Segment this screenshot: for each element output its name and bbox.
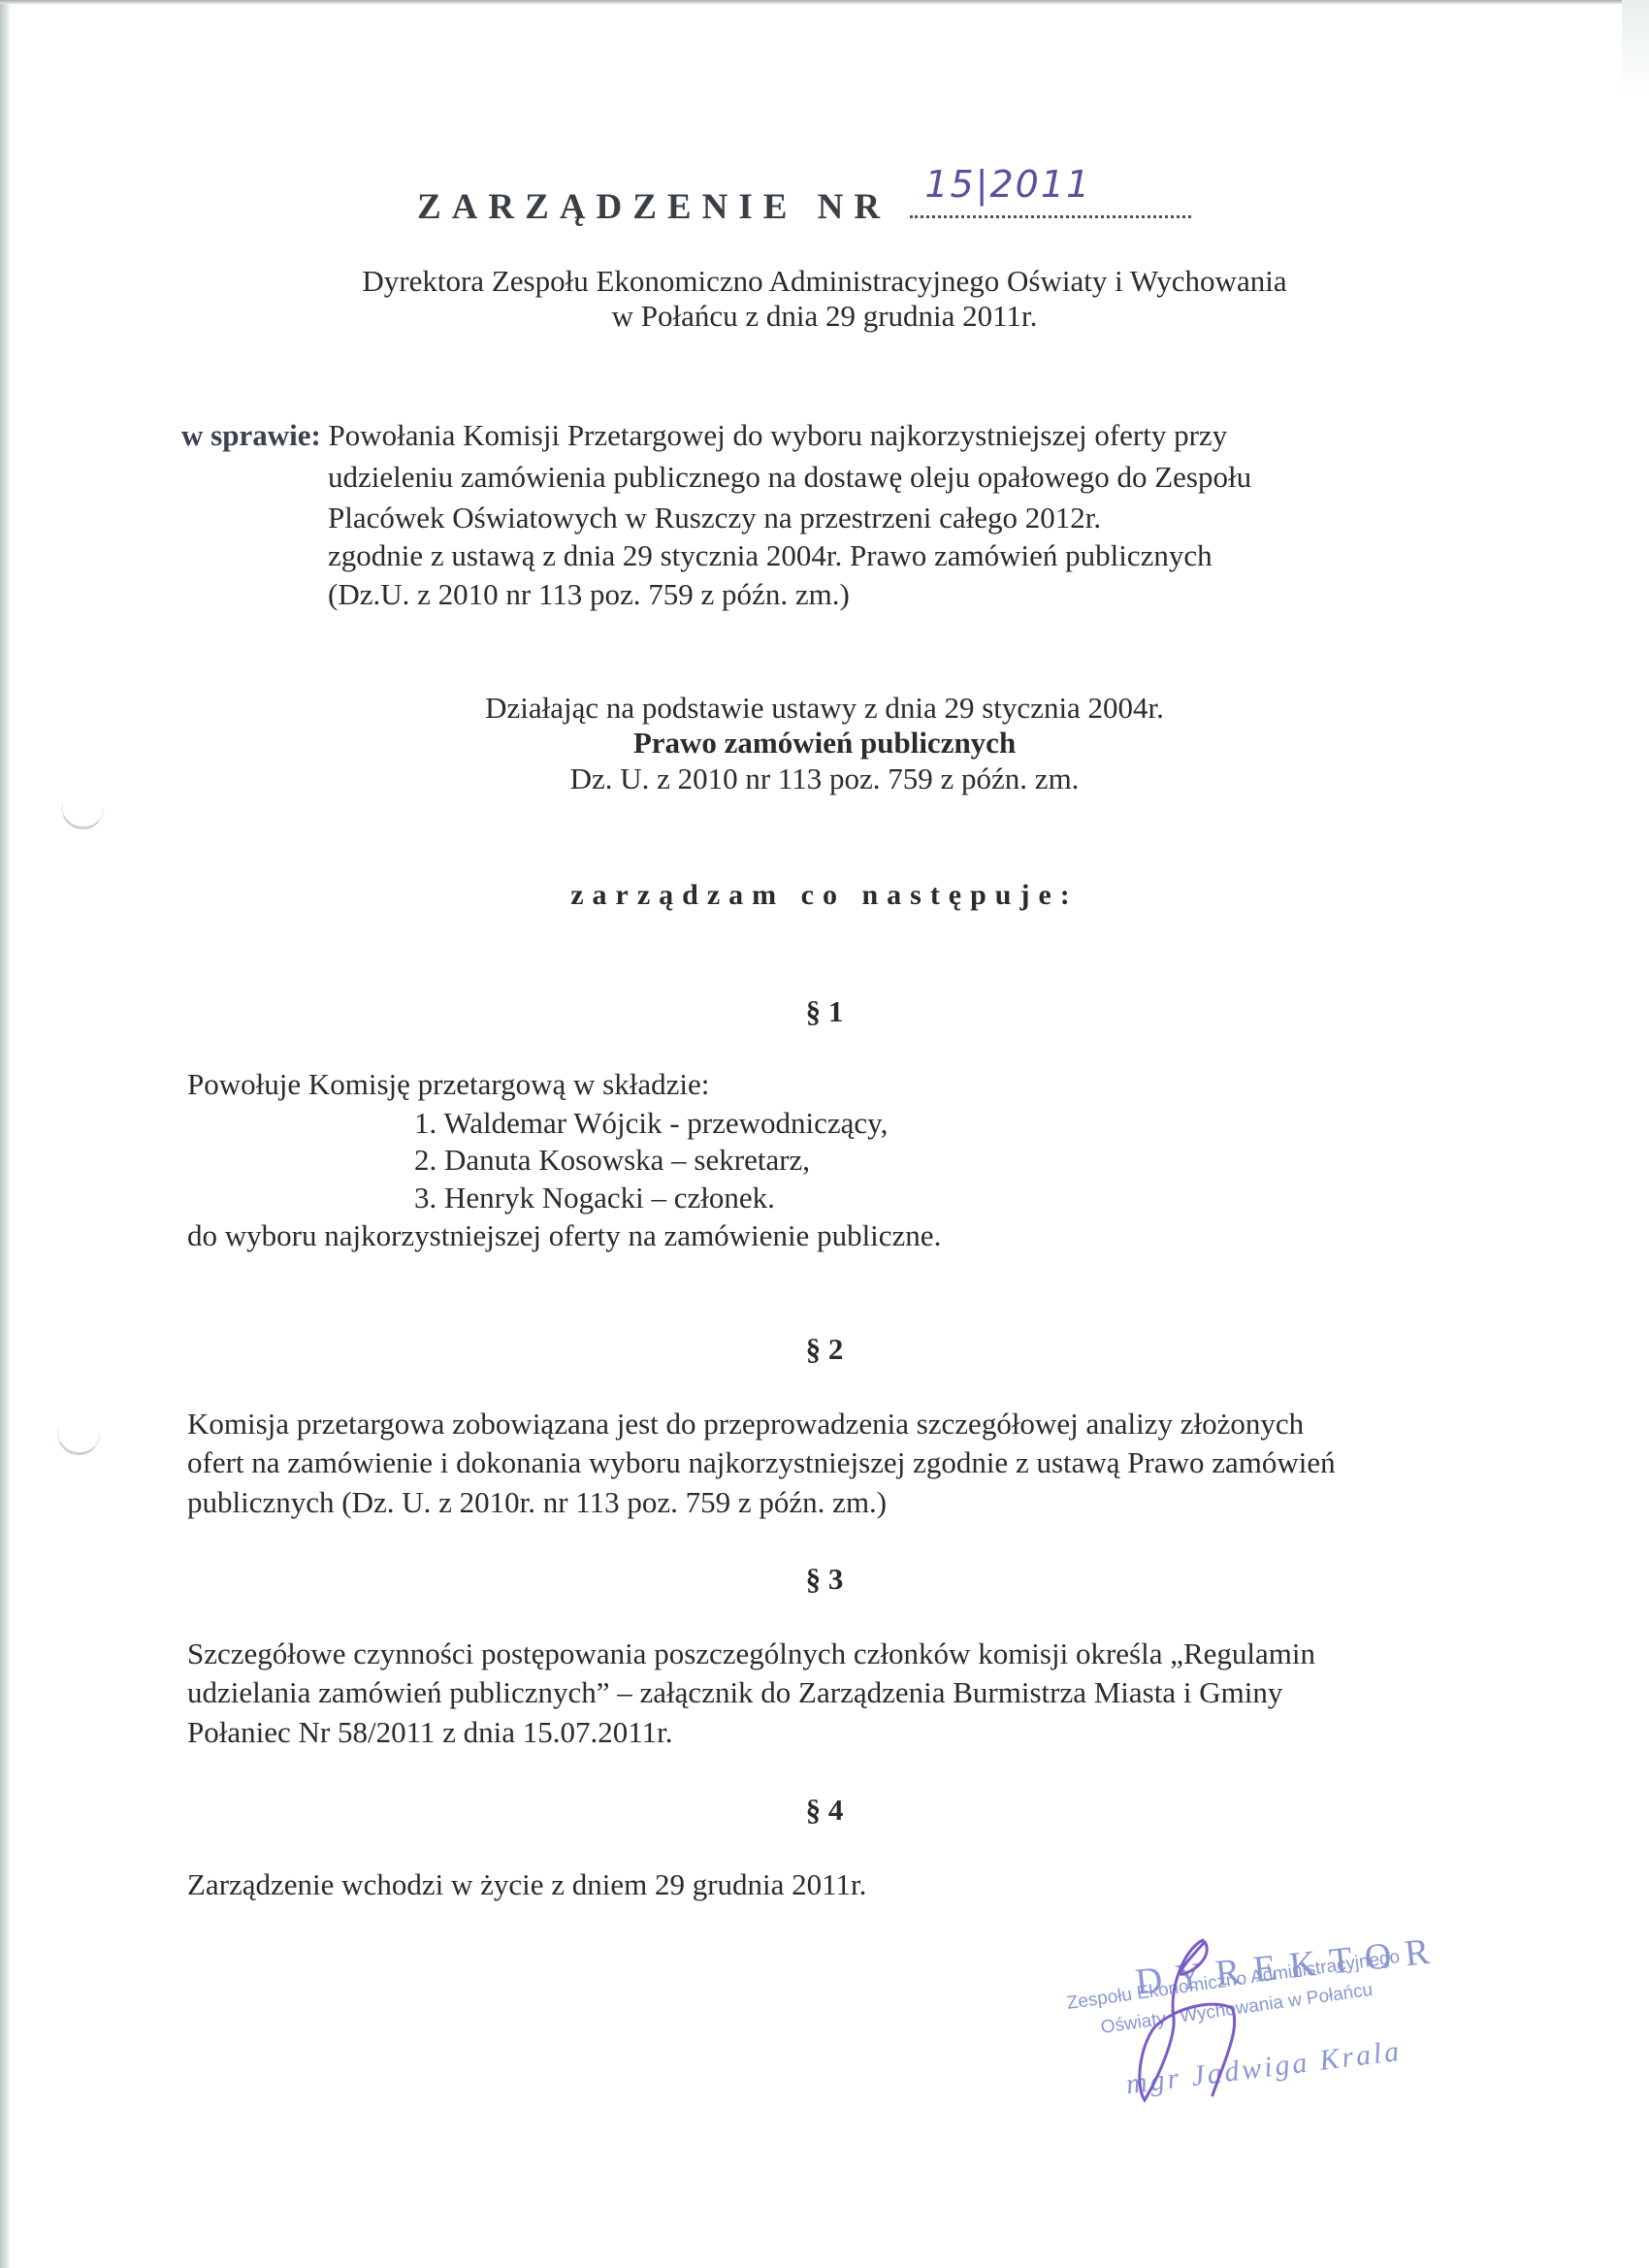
order-heading: zarządzam co następuje: — [0, 878, 1649, 913]
section-4-line-1: Zarządzenie wchodzi w życie z dniem 29 g… — [187, 1867, 866, 1902]
punch-hole-bottom — [54, 1428, 100, 1458]
section-3-line-3: Połaniec Nr 58/2011 z dnia 15.07.2011r. — [187, 1715, 673, 1750]
signature-icon — [1115, 1930, 1251, 2105]
section-3-line-2: udzielania zamówień publicznych” – załąc… — [187, 1675, 1282, 1710]
section-2-line-2: ofert na zamówienie i dokonania wyboru n… — [187, 1445, 1336, 1480]
scan-right-shade — [1622, 0, 1649, 97]
section-3-line-1: Szczegółowe czynności postępowania poszc… — [187, 1636, 1315, 1671]
issuer-line-2: w Połańcu z dnia 29 grudnia 2011r. — [0, 299, 1649, 334]
section-2-heading: § 2 — [0, 1332, 1649, 1367]
number-field: 15|2011 — [910, 186, 1191, 218]
section-2-line-1: Komisja przetargowa zobowiązana jest do … — [187, 1407, 1304, 1442]
subject-line-5: (Dz.U. z 2010 nr 113 poz. 759 z późn. zm… — [328, 577, 850, 612]
section-3-heading: § 3 — [0, 1562, 1649, 1597]
legal-basis-line-1: Działając na podstawie ustawy z dnia 29 … — [0, 691, 1649, 726]
subject-label: w sprawie: — [181, 418, 321, 452]
subject-line-2: udzieleniu zamówienia publicznego na dos… — [328, 460, 1251, 495]
issuer-line-1: Dyrektora Zespołu Ekonomiczno Administra… — [0, 264, 1649, 299]
section-1-outro: do wyboru najkorzystniejszej oferty na z… — [187, 1218, 941, 1253]
legal-basis-line-3: Dz. U. z 2010 nr 113 poz. 759 z późn. zm… — [0, 761, 1649, 796]
scan-left-edge — [0, 0, 10, 2268]
title-text: ZARZĄDZENIE NR — [417, 187, 890, 227]
section-1-intro: Powołuje Komisję przetargową w składzie: — [187, 1067, 709, 1102]
section-1-heading: § 1 — [0, 994, 1649, 1029]
subject-line-1: w sprawie: Powołania Komisji Przetargowe… — [181, 418, 1227, 453]
member-1: 1. Waldemar Wójcik - przewodniczący, — [414, 1106, 888, 1141]
handwritten-number: 15|2011 — [924, 163, 1091, 206]
document-title: ZARZĄDZENIE NR 15|2011 — [417, 186, 1191, 228]
subject-text-1: Powołania Komisji Przetargowej do wyboru… — [329, 418, 1228, 452]
section-4-heading: § 4 — [0, 1793, 1649, 1828]
section-2-line-3: publicznych (Dz. U. z 2010r. nr 113 poz.… — [187, 1485, 887, 1520]
scan-top-edge — [0, 0, 1622, 4]
subject-line-3: Placówek Oświatowych w Ruszczy na przest… — [328, 501, 1101, 535]
member-2: 2. Danuta Kosowska – sekretarz, — [414, 1143, 810, 1178]
legal-basis-line-2: Prawo zamówień publicznych — [0, 726, 1649, 761]
subject-line-4: zgodnie z ustawą z dnia 29 stycznia 2004… — [328, 538, 1212, 573]
member-3: 3. Henryk Nogacki – członek. — [414, 1181, 775, 1215]
punch-hole-top — [58, 802, 104, 832]
